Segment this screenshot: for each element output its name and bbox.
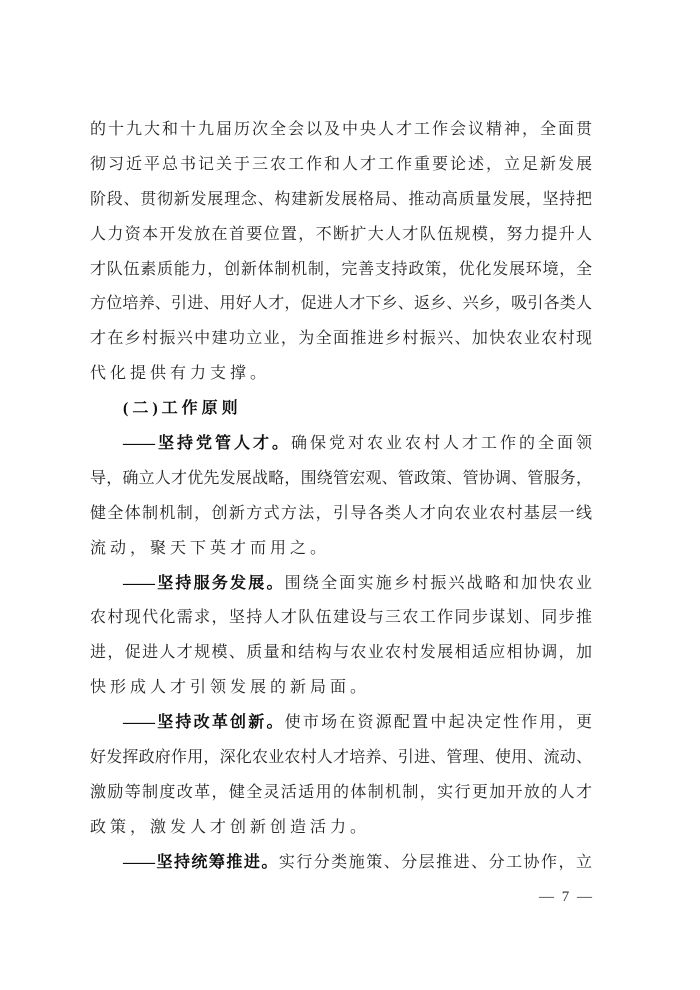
body-line: 才在乡村振兴中建功立业，为全面推进乡村振兴、加快农业农村现 xyxy=(90,322,592,357)
line-bold-segment: ——坚持党管人才。 xyxy=(123,435,291,452)
body-line: 农村现代化需求，坚持人才队伍建设与三农工作同步谋划、同步推 xyxy=(90,601,592,636)
body-line: 导，确立人才优先发展战略，围绕管宏观、管政策、管协调、管服务， xyxy=(90,462,592,497)
line-text-segment: 人力资本开发放在首要位置，不断扩大人才队伍规模，努力提升人 xyxy=(90,226,592,243)
line-text-segment: 方位培养、引进、用好人才，促进人才下乡、返乡、兴乡，吸引各类人 xyxy=(90,295,592,312)
body-line: 人力资本开发放在首要位置，不断扩大人才队伍规模，努力提升人 xyxy=(90,218,592,253)
body-line: ——坚持服务发展。围绕全面实施乡村振兴战略和加快农业 xyxy=(90,567,592,602)
line-bold-segment: ——坚持改革创新。 xyxy=(123,714,285,731)
body-line: 阶段、贯彻新发展理念、构建新发展格局、推动高质量发展，坚持把 xyxy=(90,183,592,218)
page-number: — 7 — xyxy=(539,889,594,906)
line-text-segment: 彻习近平总书记关于三农工作和人才工作重要论述，立足新发展 xyxy=(90,156,592,173)
line-text-segment: 政策，激发人才创新创造活力。 xyxy=(90,819,370,836)
line-text-segment: 实行分类施策、分层推进、分工协作，立 xyxy=(279,854,592,871)
line-text-segment: 好发挥政府作用，深化农业农村人才培养、引进、管理、使用、流动、 xyxy=(90,749,592,766)
body-line: 快形成人才引领发展的新局面。 xyxy=(90,671,592,706)
body-line: 好发挥政府作用，深化农业农村人才培养、引进、管理、使用、流动、 xyxy=(90,741,592,776)
line-bold-segment: ——坚持服务发展。 xyxy=(123,575,285,592)
line-text-segment: 激励等制度改革，健全灵活适用的体制机制，实行更加开放的人才 xyxy=(90,784,592,801)
body-line: 流动，聚天下英才而用之。 xyxy=(90,532,592,567)
body-line: 激励等制度改革，健全灵活适用的体制机制，实行更加开放的人才 xyxy=(90,776,592,811)
line-bold-segment: (二)工作原则 xyxy=(123,400,242,417)
line-text-segment: 进，促进人才规模、质量和结构与农业农村发展相适应相协调，加 xyxy=(90,644,592,661)
line-text-segment: 快形成人才引领发展的新局面。 xyxy=(90,679,370,696)
body-line: ——坚持统筹推进。实行分类施策、分层推进、分工协作，立 xyxy=(90,846,592,881)
line-text-segment: 围绕全面实施乡村振兴战略和加快农业 xyxy=(285,575,592,592)
line-text-segment: 健全体制机制，创新方式方法，引导各类人才向农业农村基层一线 xyxy=(90,505,592,522)
body-line: ——坚持党管人才。确保党对农业农村人才工作的全面领 xyxy=(90,427,592,462)
body-line: ——坚持改革创新。使市场在资源配置中起决定性作用，更 xyxy=(90,706,592,741)
line-text-segment: 农村现代化需求，坚持人才队伍建设与三农工作同步谋划、同步推 xyxy=(90,609,592,626)
document-page: 的十九大和十九届历次全会以及中央人才工作会议精神，全面贯 彻习近平总书记关于三农… xyxy=(0,0,700,990)
line-text-segment: 导，确立人才优先发展战略，围绕管宏观、管政策、管协调、管服务， xyxy=(90,470,592,487)
line-bold-segment: ——坚持统筹推进。 xyxy=(123,854,279,871)
body-line: 政策，激发人才创新创造活力。 xyxy=(90,811,592,846)
line-text-segment: 代化提供有力支撑。 xyxy=(90,365,270,382)
document-body: 的十九大和十九届历次全会以及中央人才工作会议精神，全面贯 彻习近平总书记关于三农… xyxy=(90,113,592,881)
line-text-segment: 确保党对农业农村人才工作的全面领 xyxy=(291,435,592,452)
line-text-segment: 流动，聚天下英才而用之。 xyxy=(90,540,330,557)
body-line: 进，促进人才规模、质量和结构与农业农村发展相适应相协调，加 xyxy=(90,636,592,671)
line-text-segment: 阶段、贯彻新发展理念、构建新发展格局、推动高质量发展，坚持把 xyxy=(90,191,592,208)
body-line: 代化提供有力支撑。 xyxy=(90,357,592,392)
line-text-segment: 才队伍素质能力，创新体制机制，完善支持政策，优化发展环境，全 xyxy=(90,261,592,278)
body-line: 才队伍素质能力，创新体制机制，完善支持政策，优化发展环境，全 xyxy=(90,253,592,288)
line-text-segment: 的十九大和十九届历次全会以及中央人才工作会议精神，全面贯 xyxy=(90,121,592,138)
line-text-segment: 使市场在资源配置中起决定性作用，更 xyxy=(285,714,592,731)
body-line: 方位培养、引进、用好人才，促进人才下乡、返乡、兴乡，吸引各类人 xyxy=(90,287,592,322)
line-text-segment: 才在乡村振兴中建功立业，为全面推进乡村振兴、加快农业农村现 xyxy=(90,330,592,347)
body-line: 的十九大和十九届历次全会以及中央人才工作会议精神，全面贯 xyxy=(90,113,592,148)
body-line: 彻习近平总书记关于三农工作和人才工作重要论述，立足新发展 xyxy=(90,148,592,183)
body-line: 健全体制机制，创新方式方法，引导各类人才向农业农村基层一线 xyxy=(90,497,592,532)
section-heading: (二)工作原则 xyxy=(90,392,592,427)
